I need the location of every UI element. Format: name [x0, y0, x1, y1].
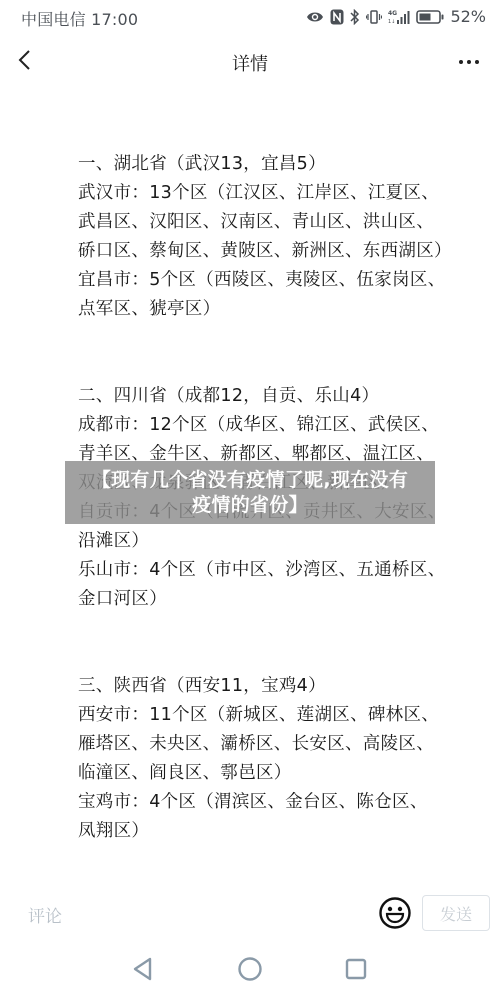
more-button[interactable]: [454, 52, 484, 72]
system-home-button[interactable]: [237, 958, 263, 984]
content-line: 金口河区）: [78, 585, 478, 614]
content-line: 点军区、猇亭区）: [78, 295, 478, 324]
carrier-label: 中国电信: [21, 10, 86, 29]
overlay-title-line: 疫情的省份】: [192, 493, 308, 518]
status-icons: 4G1↓ 52%: [306, 7, 486, 26]
system-back-button[interactable]: [130, 958, 156, 984]
section-shaanxi: 三、陕西省（西安11，宝鸡4） 西安市：11个区（新城区、莲湖区、碑林区、 雁塔…: [78, 672, 478, 846]
content-line: 宝鸡市：4个区（渭滨区、金台区、陈仓区、: [78, 788, 478, 817]
triangle-back-icon: [132, 957, 154, 985]
page-title: 详情: [0, 50, 500, 76]
square-recents-icon: [344, 957, 368, 985]
content-line: 武昌区、汉阳区、汉南区、青山区、洪山区、: [78, 208, 478, 237]
section-heading: 三、陕西省（西安11，宝鸡4）: [78, 672, 478, 701]
battery-icon: [416, 10, 444, 24]
svg-text:4G: 4G: [388, 10, 397, 17]
smiley-icon: [378, 915, 412, 934]
section-heading: 一、湖北省（武汉13，宜昌5）: [78, 150, 478, 179]
eye-icon: [306, 10, 324, 24]
comment-input[interactable]: 评论: [28, 902, 62, 927]
system-recents-button[interactable]: [343, 958, 369, 984]
status-carrier-time: 中国电信 17:00: [21, 7, 138, 30]
section-hubei: 一、湖北省（武汉13，宜昌5） 武汉市：13个区（江汉区、江岸区、江夏区、 武昌…: [78, 150, 478, 324]
title-overlay-banner: 【现有几个省没有疫情了呢,现在没有 疫情的省份】: [65, 461, 435, 524]
content-line: 宜昌市：5个区（西陵区、夷陵区、伍家岗区、: [78, 266, 478, 295]
status-bar: 中国电信 17:00 4G1↓ 52%: [0, 0, 500, 36]
send-button[interactable]: 发送: [422, 895, 490, 931]
more-dot: [459, 60, 463, 64]
section-heading: 二、四川省（成都12，自贡、乐山4）: [78, 382, 478, 411]
vibrate-icon: [366, 9, 382, 25]
content-line: 成都市：12个区（成华区、锦江区、武侯区、: [78, 411, 478, 440]
content-line: 雁塔区、未央区、灞桥区、长安区、高陵区、: [78, 730, 478, 759]
content-line: 武汉市：13个区（江汉区、江岸区、江夏区、: [78, 179, 478, 208]
nav-bar: 详情: [0, 40, 500, 84]
content-line: 沿滩区）: [78, 527, 478, 556]
more-dot: [475, 60, 479, 64]
more-dot: [467, 60, 471, 64]
system-nav-bar: [0, 950, 500, 986]
section-spacer: [78, 614, 478, 672]
svg-text:1↓: 1↓: [388, 19, 395, 25]
overlay-title-line: 【现有几个省没有疫情了呢,现在没有: [92, 468, 408, 493]
content-line: 西安市：11个区（新城区、莲湖区、碑林区、: [78, 701, 478, 730]
content-line: 硚口区、蔡甸区、黄陂区、新洲区、东西湖区）: [78, 237, 478, 266]
circle-home-icon: [237, 956, 263, 986]
content-line: 临潼区、阎良区、鄠邑区）: [78, 759, 478, 788]
signal-4g-icon: 4G1↓: [388, 9, 410, 25]
clock: 17:00: [91, 10, 138, 29]
content-line: 凤翔区）: [78, 817, 478, 846]
emoji-button[interactable]: [378, 896, 412, 930]
comment-bar: 评论 发送: [0, 890, 500, 936]
bluetooth-icon: [350, 9, 360, 25]
content-line: 乐山市：4个区（市中区、沙湾区、五通桥区、: [78, 556, 478, 585]
section-spacer: [78, 324, 478, 382]
battery-percent: 52%: [450, 7, 486, 26]
nfc-icon: [330, 9, 344, 25]
